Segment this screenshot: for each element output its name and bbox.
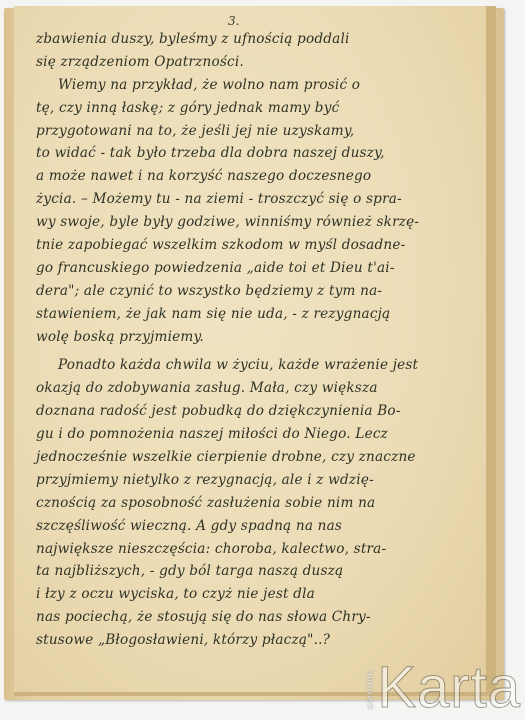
text-line: wolę boską przyjmiemy.	[36, 326, 476, 349]
text-line: życia. – Możemy tu - na ziemi - troszczy…	[36, 188, 476, 211]
text-line: okazją do zdobywania zasług. Mała, czy w…	[36, 377, 476, 400]
text-line: go francuskiego powiedzenia „aide toi et…	[36, 257, 476, 280]
text-line: nas pociechą, że stosują się do nas słow…	[36, 606, 476, 629]
text-line: tę, czy inną łaskę; z góry jednak mamy b…	[36, 97, 476, 120]
text-line: wy swoje, byle były godziwe, winniśmy ró…	[36, 211, 476, 234]
watermark-source: ośrodek	[365, 670, 376, 710]
handwritten-text: zbawienia duszy, byleśmy z ufnością podd…	[36, 28, 476, 652]
text-line: Ponadto każda chwila w życiu, każde wraż…	[36, 354, 476, 377]
text-line: a może nawet i na korzyść naszego doczes…	[36, 165, 476, 188]
text-line: przyjmiemy nietylko z rezygnacją, ale i …	[36, 469, 476, 492]
watermark-brand: Karta	[377, 662, 521, 714]
text-line: to widać - tak było trzeba dla dobra nas…	[36, 142, 476, 165]
text-line: tnie zapobiegać wszelkim szkodom w myśl …	[36, 234, 476, 257]
text-line: cznością za sposobność zasłużenia sobie …	[36, 492, 476, 515]
text-line: dera"; ale czynić to wszystko będziemy z…	[36, 280, 476, 303]
text-line: doznana radość jest pobudką do dziękczyn…	[36, 400, 476, 423]
text-line: szczęśliwość wieczną. A gdy spadną na na…	[36, 515, 476, 538]
text-line: stawieniem, że jak nam się nie uda, - z …	[36, 303, 476, 326]
text-line: przygotowani na to, że jeśli jej nie uzy…	[36, 120, 476, 143]
page-number: 3.	[228, 14, 239, 28]
text-line: Wiemy na przykład, że wolno nam prosić o	[36, 74, 476, 97]
text-line: jednocześnie wszelkie cierpienie drobne,…	[36, 446, 476, 469]
text-line: i łzy z oczu wyciska, to czyż nie jest d…	[36, 583, 476, 606]
watermark: ośrodek Karta	[365, 662, 521, 714]
text-line: ta najbliższych, - gdy ból targa naszą d…	[36, 560, 476, 583]
text-line: zbawienia duszy, byleśmy z ufnością podd…	[36, 28, 476, 51]
text-line: stusowe „Błogosławieni, którzy płaczą"..…	[36, 629, 476, 652]
text-line: największe nieszczęścia: choroba, kalect…	[36, 538, 476, 561]
text-line: gu i do pomnożenia naszej miłości do Nie…	[36, 423, 476, 446]
text-line: się zrządzeniom Opatrzności.	[36, 51, 476, 74]
